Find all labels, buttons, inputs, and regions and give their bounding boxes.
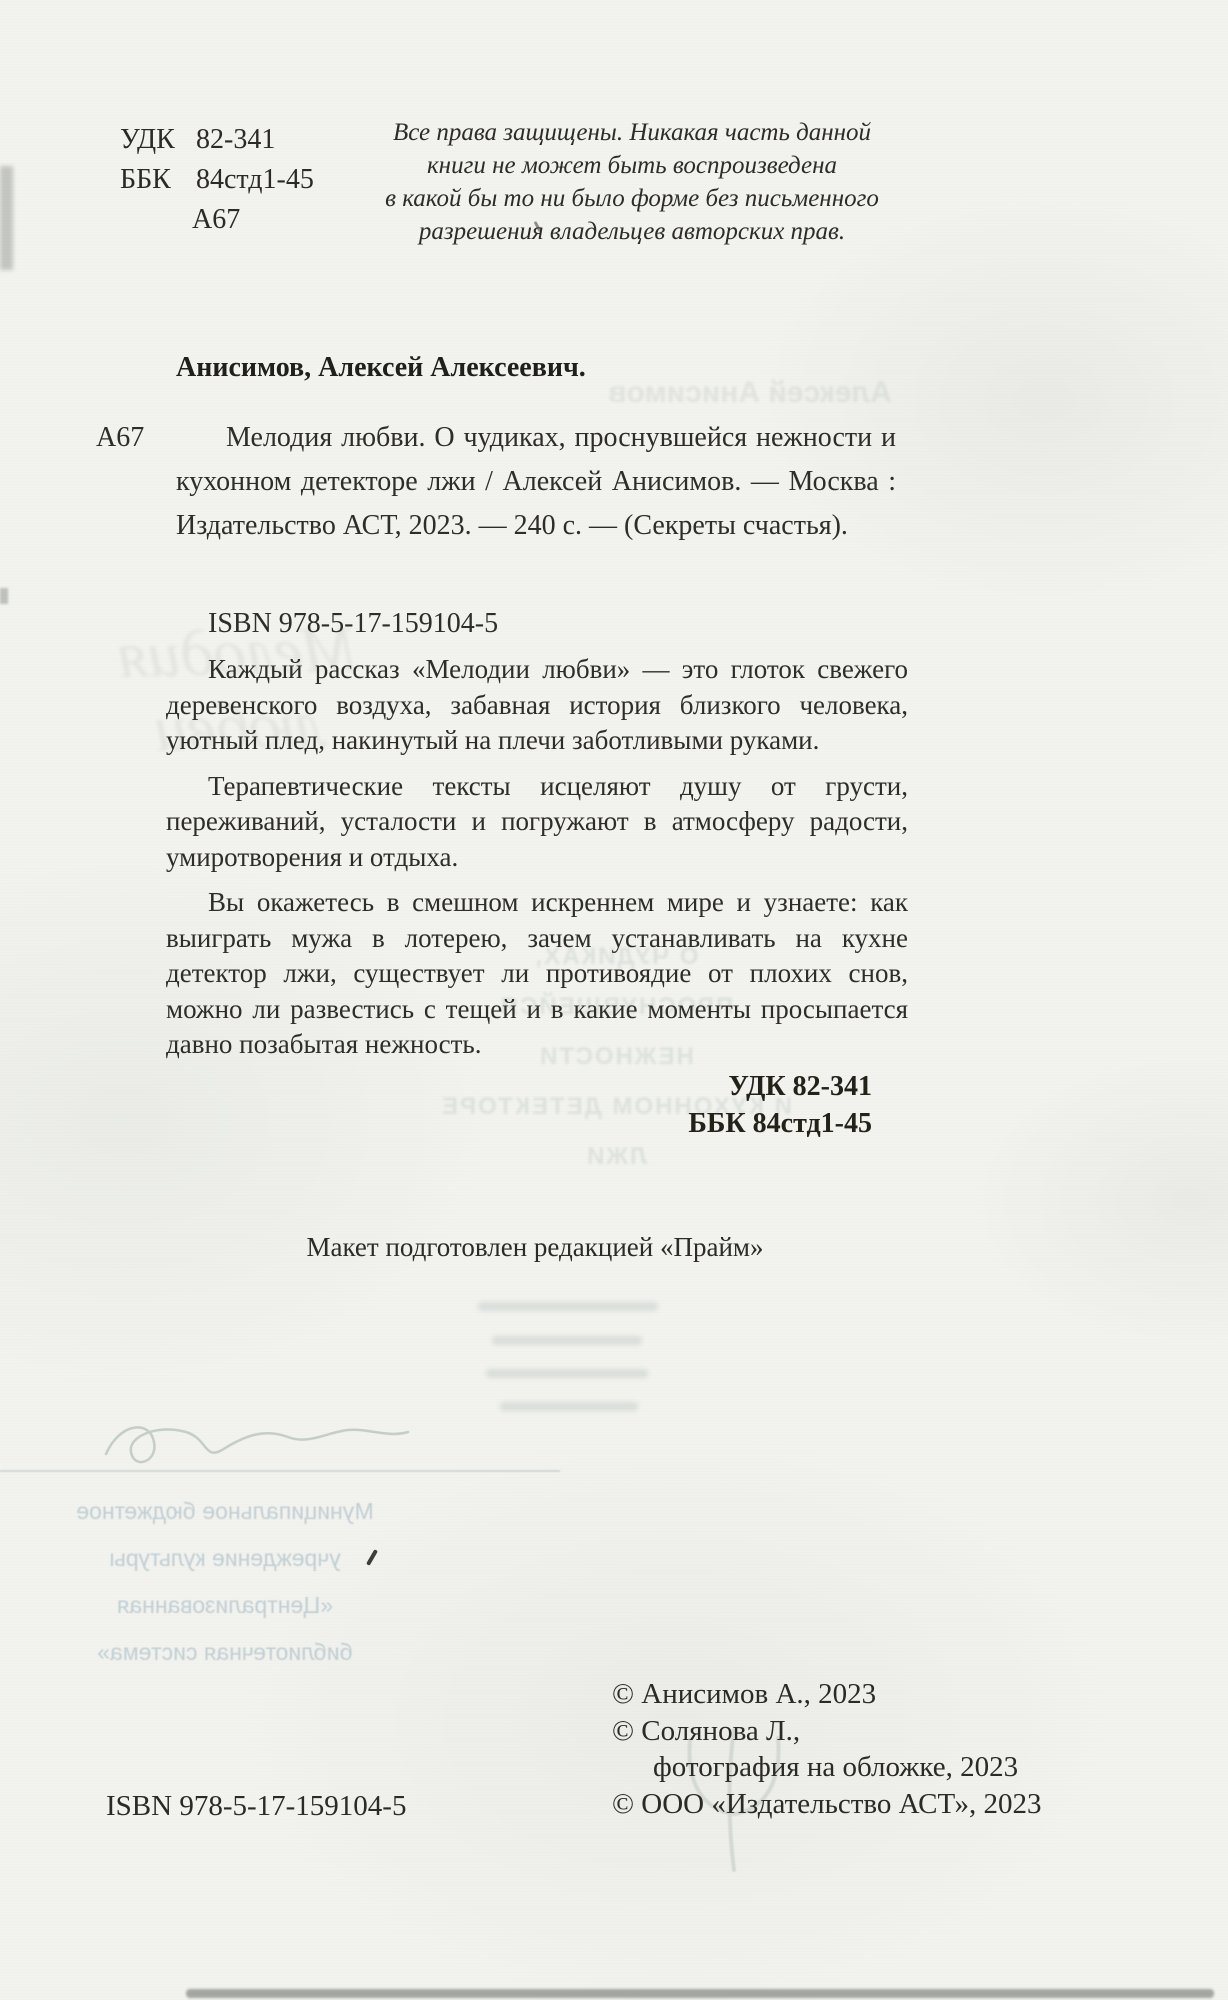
isbn-line-top: ISBN 978-5-17-159104-5 xyxy=(208,608,498,640)
stamp-line-1: Муниципальное бюджетное xyxy=(0,1488,462,1535)
page-edge-shadow xyxy=(186,1989,1214,1998)
imprint-line: Макет подготовлен редакцией «Прайм» xyxy=(150,1232,920,1263)
classification-codes-top: УДК 82-341 ББК 84стд1-45 А67 xyxy=(120,120,314,240)
copyright-line-4: © ООО «Издательство АСТ», 2023 xyxy=(612,1786,1041,1823)
catalog-author-mark: А67 xyxy=(96,416,176,548)
udk-label: УДК xyxy=(120,120,190,160)
stamp-line-3: «Централизованная xyxy=(0,1582,462,1629)
author-mark-top: А67 xyxy=(192,200,314,240)
rights-line-2: книги не может быть воспроизведена xyxy=(356,149,908,182)
annotation-paragraph-2: Терапевтические тексты исцеляют душу от … xyxy=(166,769,908,876)
showthrough-smudge xyxy=(492,1336,642,1345)
showthrough-smudge xyxy=(486,1369,648,1378)
showthrough-author-name: Алексей Анисимов xyxy=(560,376,940,410)
signature-squiggle xyxy=(92,1408,422,1478)
bbk-bottom: ББК 84стд1-45 xyxy=(500,1105,872,1142)
bbk-value: 84стд1-45 xyxy=(196,160,314,200)
rights-line-3: в какой бы то ни было форме без письменн… xyxy=(356,182,908,215)
showthrough-smudge xyxy=(478,1302,658,1311)
scan-edge-artifact xyxy=(0,166,13,270)
scan-edge-artifact xyxy=(0,588,8,604)
annotation-block: Каждый рассказ «Мелодии любви» — это гло… xyxy=(166,652,908,1073)
udk-bottom: УДК 82-341 xyxy=(500,1068,872,1105)
classification-codes-bottom: УДК 82-341 ББК 84стд1-45 xyxy=(500,1068,872,1142)
library-stamp: Муниципальное бюджетное учреждение культ… xyxy=(0,1488,462,1676)
rights-line-4: разрешения владельцев авторских прав. xyxy=(356,215,908,248)
copyright-line-3: фотография на обложке, 2023 xyxy=(612,1749,1041,1786)
rights-notice: Все права защищены. Никакая часть данной… xyxy=(356,116,908,248)
isbn-line-bottom: ISBN 978-5-17-159104-5 xyxy=(106,1790,406,1823)
catalog-description: Мелодия любви. О чудиках, проснувшейся н… xyxy=(176,416,896,548)
bbk-label: ББК xyxy=(120,160,190,200)
udk-value: 82-341 xyxy=(196,120,275,160)
stamp-line-2: учреждение культуры xyxy=(0,1535,462,1582)
copyright-block: © Анисимов А., 2023 © Солянова Л., фотог… xyxy=(612,1676,1041,1822)
udk-row: УДК 82-341 xyxy=(120,120,314,160)
stamp-line-4: библиотечная система» xyxy=(0,1629,462,1676)
copyright-line-1: © Анисимов А., 2023 xyxy=(612,1676,1041,1713)
author-heading: Анисимов, Алексей Алексеевич. xyxy=(176,352,586,384)
catalog-entry: А67 Мелодия любви. О чудиках, проснувшей… xyxy=(96,416,908,548)
annotation-paragraph-1: Каждый рассказ «Мелодии любви» — это гло… xyxy=(166,652,908,759)
rights-line-1: Все права защищены. Никакая часть данной xyxy=(356,116,908,149)
showthrough-rule xyxy=(0,1470,560,1472)
copyright-line-2: © Солянова Л., xyxy=(612,1713,1041,1750)
annotation-paragraph-3: Вы окажетесь в смешном искреннем мире и … xyxy=(166,885,908,1063)
showthrough-smudge xyxy=(500,1402,638,1411)
book-copyright-page: Алексей Анисимов Мелодия любви О чудиках… xyxy=(0,0,1228,2000)
bbk-row: ББК 84стд1-45 xyxy=(120,160,314,200)
